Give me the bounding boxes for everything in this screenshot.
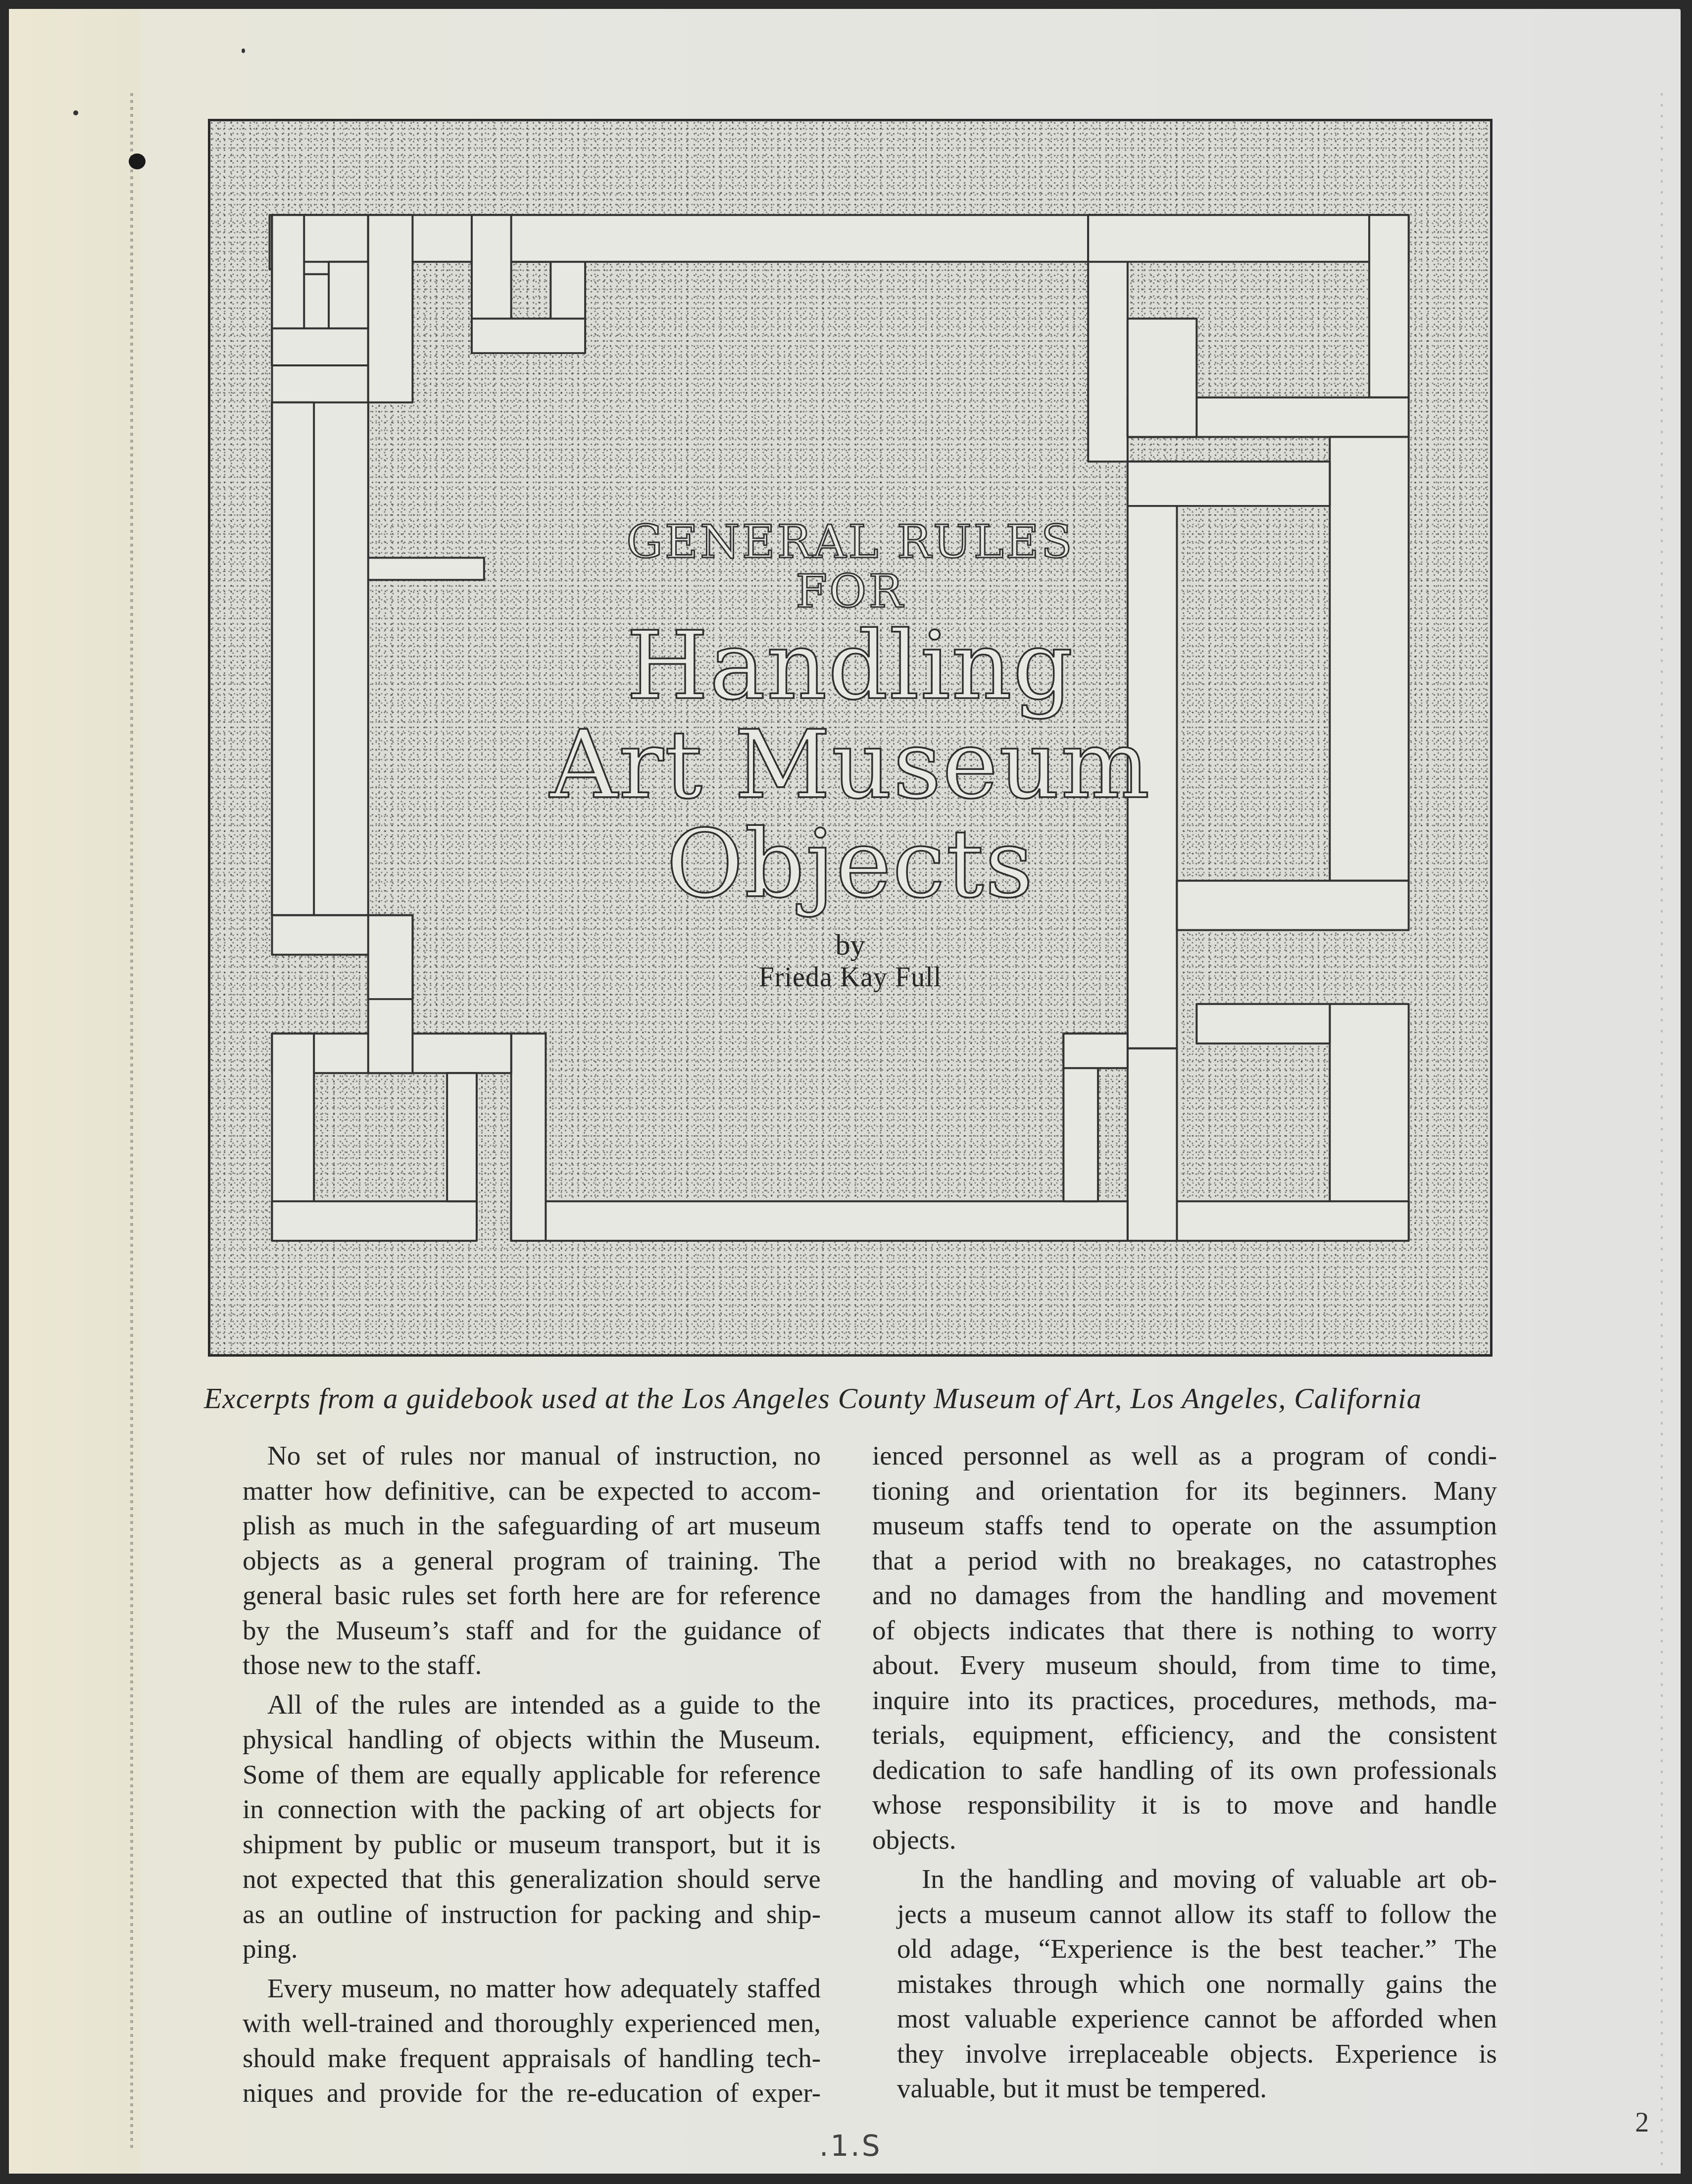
text-line: Every museum, no matter how adequately s… [218, 1971, 821, 2006]
text-line: dedication to safe handling of its own p… [872, 1753, 1497, 1788]
text-line: tioning and orientation for its beginner… [872, 1473, 1497, 1509]
title-main-line-1: Handling [210, 616, 1490, 715]
text-line: of objects indicates that there is nothi… [872, 1613, 1497, 1648]
pin-mark-icon [73, 110, 78, 115]
text-line: whose responsibility it is to move and h… [872, 1787, 1497, 1823]
binding-stitch-line [130, 93, 133, 2148]
handwritten-annotation: .1.S [819, 2129, 882, 2163]
text-line: those new to the staff. [218, 1648, 821, 1683]
right-edge-marks [1661, 93, 1663, 2173]
title-main-line-3: Objects [210, 814, 1490, 914]
paragraph: No set of rules nor manual of instructio… [218, 1438, 821, 1683]
paragraph: All of the rules are intended as a guide… [218, 1687, 821, 1967]
text-line: by the Museum’s staff and for the guidan… [218, 1613, 821, 1648]
text-line: shipment by public or museum transport, … [218, 1827, 821, 1862]
text-line: plish as much in the safeguarding of art… [218, 1508, 821, 1543]
title-block: GENERAL RULES FOR Handling Art Museum Ob… [210, 517, 1490, 994]
figure-caption: Excerpts from a guidebook used at the Lo… [204, 1381, 1501, 1416]
text-line: with well-trained and thoroughly experie… [218, 2006, 821, 2041]
text-line: No set of rules nor manual of instructio… [218, 1438, 821, 1473]
text-line: most valuable experience cannot be affor… [872, 2001, 1497, 2036]
text-line: valuable, but it must be tempered. [872, 2071, 1497, 2106]
text-line: should make frequent appraisals of handl… [218, 2041, 821, 2076]
text-line: ping. [218, 1931, 821, 1967]
paragraph: Every museum, no matter how adequately s… [218, 1971, 821, 2111]
body-column-right: ienced personnel as well as a program of… [872, 1438, 1497, 2111]
text-line: and no damages from the handling and mov… [872, 1578, 1497, 1613]
paper-left-tint [9, 9, 140, 2174]
text-line: objects as a general program of training… [218, 1543, 821, 1578]
text-line: in connection with the packing of art ob… [218, 1792, 821, 1827]
text-line: they involve irreplaceable objects. Expe… [872, 2036, 1497, 2072]
text-line: objects. [872, 1823, 1497, 1858]
text-line: All of the rules are intended as a guide… [218, 1687, 821, 1723]
text-line: ienced personnel as well as a program of… [872, 1438, 1497, 1473]
text-line: In the handling and moving of valuable a… [872, 1862, 1497, 1897]
text-line: mistakes through which one normally gain… [872, 1967, 1497, 2002]
page-number: 2 [1635, 2107, 1649, 2138]
paragraph-continued: ienced personnel as well as a program of… [872, 1438, 1497, 1857]
text-line: physical handling of objects within the … [218, 1722, 821, 1757]
text-line: jects a museum cannot allow its staff to… [872, 1897, 1497, 1932]
text-line: not expected that this generalization sh… [218, 1862, 821, 1897]
text-line: terials, equipment, efficiency, and the … [872, 1718, 1497, 1753]
body-column-left: No set of rules nor manual of instructio… [218, 1438, 821, 2115]
text-line: as an outline of instruction for packing… [218, 1897, 821, 1932]
text-line: museum staffs tend to operate on the ass… [872, 1508, 1497, 1543]
paragraph: In the handling and moving of valuable a… [872, 1862, 1497, 2106]
author-name: Frieda Kay Full [210, 961, 1490, 994]
text-line: niques and provide for the re-education … [218, 2076, 821, 2111]
title-graphic: GENERAL RULES FOR Handling Art Museum Ob… [208, 119, 1493, 1357]
title-line-general-rules: GENERAL RULES [210, 517, 1490, 567]
pin-mark-icon [242, 49, 245, 53]
title-line-for: FOR [210, 567, 1490, 616]
text-line: general basic rules set forth here are f… [218, 1578, 821, 1613]
text-line: that a period with no breakages, no cata… [872, 1543, 1497, 1578]
text-line: matter how definitive, can be expected t… [218, 1473, 821, 1509]
text-line: inquire into its practices, procedures, … [872, 1683, 1497, 1718]
text-line: Some of them are equally applicable for … [218, 1757, 821, 1792]
title-main-line-2: Art Museum [210, 715, 1490, 814]
punch-hole-icon [129, 153, 146, 169]
text-line: old adage, “Experience is the best teach… [872, 1931, 1497, 1967]
byline-prefix: by [210, 928, 1490, 961]
text-line: about. Every museum should, from time to… [872, 1648, 1497, 1683]
